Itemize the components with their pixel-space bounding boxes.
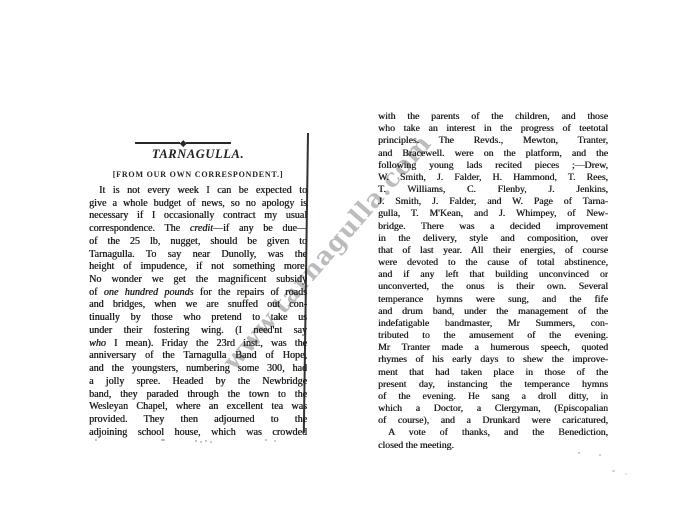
text-line: that of last year. All their energies, o…	[378, 245, 608, 257]
text-line: give a whole budget of news, so no apolo…	[89, 198, 307, 211]
article-column-right: with the parents of the children, and th…	[378, 111, 608, 452]
text-line: which a Doctor, a Clergyman, (Episcopali…	[378, 403, 608, 415]
text-line: provided. They then adjourned to the	[89, 414, 307, 427]
text-line: under their fostering wing. (I need'nt s…	[89, 325, 307, 338]
text-line: T. Williams, C. Flenby, J. Jenkins,	[378, 184, 608, 196]
scan-speck	[205, 440, 207, 442]
scan-speck	[200, 441, 202, 443]
scan-speck	[274, 440, 276, 442]
text-line: J. Smith, J. Falder, and W. Page of Tarn…	[378, 196, 608, 208]
text-line: and drum band, under the management of t…	[378, 306, 608, 318]
scan-speck	[210, 441, 212, 443]
text-line: in the delivery, style and composition, …	[378, 233, 608, 245]
text-line: and bridges, when we are snuffed out con…	[89, 299, 307, 312]
text-line: gulla, T. M'Kean, and J. Whimpey, of New…	[378, 208, 608, 220]
text-line: who take an interest in the progress of …	[378, 123, 608, 135]
scan-speck	[599, 454, 601, 456]
text-line: temperance hymns were sung, and the fife	[378, 294, 608, 306]
text-line: Mr Tranter made a humerous speech, quote…	[378, 342, 608, 354]
scan-speck	[95, 439, 97, 441]
article-column-left: It is not every week I can be expected t…	[89, 185, 307, 439]
scan-speck	[612, 470, 615, 472]
ornament-rule-right	[186, 142, 231, 144]
text-line: adjoining school house, which was crowde…	[89, 427, 307, 440]
text-line: a jolly spree. Headed by the Newbridge	[89, 376, 307, 389]
text-line: No wonder we get the magnificent subsidy	[89, 274, 307, 287]
text-line: of the evening. He sang a droll ditty, i…	[378, 391, 608, 403]
text-line: of one hundred pounds for the repairs of…	[89, 287, 307, 300]
scan-speck	[625, 473, 627, 475]
text-line: ment that had taken place in those of th…	[378, 367, 608, 379]
text-line: of the 25 lb, nugget, should be given to	[89, 236, 307, 249]
text-line: and Bracewell. were on the platform, and…	[378, 148, 608, 160]
text-line: bridge. There was a decided improvement	[378, 221, 608, 233]
scan-speck	[195, 440, 197, 442]
text-line: with the parents of the children, and th…	[378, 111, 608, 123]
text-line: were devoted to the cause of total absti…	[378, 257, 608, 269]
scan-speck	[265, 439, 267, 441]
text-line: necessary if I occasionally contract my …	[89, 210, 307, 223]
text-line: present day, instancing the temperance h…	[378, 379, 608, 391]
article-title: TARNAGULLA.	[89, 147, 307, 162]
text-line: correspondence. The credit—if any be due…	[89, 223, 307, 236]
text-line: tributed to the amusement of the evening…	[378, 330, 608, 342]
text-line: indefatigable bandmaster, Mr Summers, co…	[378, 318, 608, 330]
text-line: of course), and a Drunkard were caricatu…	[378, 415, 608, 427]
ornament-rule-left	[135, 142, 180, 144]
text-line: A vote of thanks, and the Benediction,	[378, 427, 608, 439]
section-divider-ornament	[135, 140, 231, 146]
text-line: who I mean). Friday the 23rd inst., was …	[89, 338, 307, 351]
text-line: and if any left that building unconvince…	[378, 269, 608, 281]
article-byline: [FROM OUR OWN CORRESPONDENT.]	[89, 170, 307, 179]
ornament-diamond-icon	[180, 140, 186, 146]
text-line: rhymes of his early days to shew the imp…	[378, 354, 608, 366]
newspaper-page-scan: www.tarnagulla.com TARNAGULLA. [FROM OUR…	[0, 0, 680, 510]
text-line: band, they paraded through the town to t…	[89, 389, 307, 402]
text-line: height of impudence, if not something mo…	[89, 261, 307, 274]
text-line: anniversary of the Tarnagulla Band of Ho…	[89, 350, 307, 363]
text-line: Wesleyan Chapel, where an excellent tea …	[89, 401, 307, 414]
text-line: following young lads recited pieces ;—Dr…	[378, 160, 608, 172]
scan-speck	[161, 439, 165, 441]
text-line: closed the meeting.	[378, 440, 608, 452]
text-line: It is not every week I can be expected t…	[89, 185, 307, 198]
text-line: Tarnagulla. To say near Dunolly, was the	[89, 249, 307, 262]
text-line: principles. The Revds., Mewton, Tranter,	[378, 135, 608, 147]
text-line: W. Smith, J. Falder, H. Hammond, T. Rees…	[378, 172, 608, 184]
scan-speck	[578, 452, 580, 454]
text-line: unconverted, the onus is their own. Seve…	[378, 281, 608, 293]
text-line: and the youngsters, numbering some 300, …	[89, 363, 307, 376]
text-line: tinually by those who pretend to take us	[89, 312, 307, 325]
